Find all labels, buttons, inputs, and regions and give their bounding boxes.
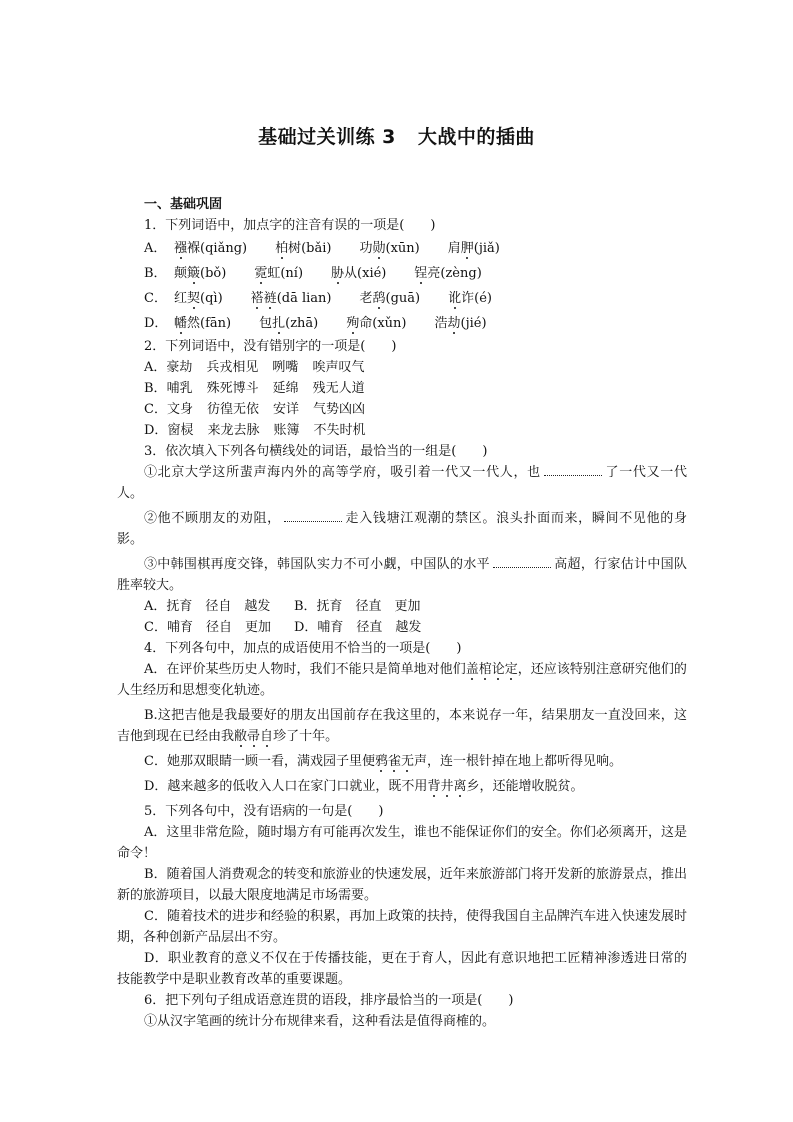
- question-5-option-c: C．随着技术的进步和经验的积累，再加上政策的扶持，使得我国自主品牌汽车进入快速发…: [117, 906, 687, 948]
- pinyin-word: 胁从(xié): [331, 263, 386, 284]
- emphasis-dot-char: 雀: [388, 754, 401, 769]
- question-1-stem: 1．下列词语中，加点字的注音有误的一项是( ): [117, 215, 687, 236]
- pinyin-word: 柏树(bǎi): [275, 238, 331, 259]
- pinyin-word: 老鸹(guā): [359, 288, 420, 309]
- emphasis-dot-char: 鸹: [373, 291, 386, 306]
- word: 窗棂: [167, 420, 193, 441]
- document-body: 一、基础巩固 1．下列词语中，加点字的注音有误的一项是( ) A．襁褓(qiǎn…: [117, 194, 687, 1032]
- question-4-option-b: B.这把吉他是我最要好的朋友出国前存在我这里的，本来说存一年，结果朋友一直没回来…: [117, 705, 687, 747]
- emphasis-dot-char: 盖: [466, 662, 479, 677]
- emphasis-dot-char: 离: [453, 779, 466, 794]
- word: 咧嘴: [272, 357, 298, 378]
- emphasis-dot-char: 勋: [373, 241, 386, 256]
- section-heading: 一、基础巩固: [117, 194, 687, 215]
- question-1-option-c: C．红契(qì)褡裢(dā lian)老鸹(guā)讹诈(é): [117, 286, 687, 311]
- title-part-2: 大战中的插曲: [418, 126, 535, 148]
- emphasis-dot-char: 背: [427, 779, 440, 794]
- pinyin-word: 襁褓(qiǎng): [174, 238, 247, 259]
- question-5-stem: 5．下列各句中，没有语病的一句是( ): [117, 801, 687, 822]
- pinyin-word: 殉命(xǔn): [346, 313, 406, 334]
- word: 来龙去脉: [207, 420, 259, 441]
- option-text: D．越来越多的低收入人口在家门口就业，既不用: [144, 779, 427, 794]
- option-label: B．: [144, 263, 174, 284]
- question-2-options: A．豪劫兵戎相见咧嘴唉声叹气B．哺乳殊死博斗延绵残无人道C．文身彷徨无依安详气势…: [117, 357, 687, 441]
- emphasis-dot-char: 讹: [448, 291, 461, 306]
- emphasis-dot-char: 无: [401, 754, 414, 769]
- dotted-idiom: 背井离: [427, 779, 466, 794]
- page-title: 基础过关训练 3大战中的插曲: [0, 122, 793, 149]
- pinyin-word: 红契(qì): [174, 288, 223, 309]
- emphasis-dot-char: 褡: [251, 291, 264, 306]
- question-3-sentence-3: ③中韩围棋再度交锋，韩国队实力不可小觑，中国队的水平高超，行家估计中国队胜率较大…: [117, 554, 687, 596]
- option-text: C．她那双眼睛一顾一看，满戏园子里便: [144, 754, 375, 769]
- word: 气势凶凶: [313, 399, 365, 420]
- question-2-option-a: A．豪劫兵戎相见咧嘴唉声叹气: [117, 357, 687, 378]
- pinyin-word: 锃亮(zèng): [414, 263, 481, 284]
- emphasis-dot-char: 鸦: [375, 754, 388, 769]
- option-text: 声，连一根针掉在地上都听得见响。: [414, 754, 622, 769]
- emphasis-dot-char: 锃: [414, 266, 427, 281]
- option-text: 珍了十年。: [273, 729, 338, 744]
- emphasis-dot-char: 敝: [234, 729, 247, 744]
- option-d: D．哺育 径直 越发: [294, 617, 444, 638]
- word: 豪劫: [166, 357, 192, 378]
- emphasis-dot-char: 井: [440, 779, 453, 794]
- question-5-option-a: A．这里非常危险，随时塌方有可能再次发生，谁也不能保证你们的安全。你们必须离开，…: [117, 822, 687, 864]
- sentence-text: ①北京大学这所蜚声海内外的高等学府，吸引着一代又一代人，也: [144, 465, 541, 480]
- question-3-sentence-1: ①北京大学这所蜚声海内外的高等学府，吸引着一代又一代人，也了一代又一代人。: [117, 462, 687, 504]
- question-4-option-c: C．她那双眼睛一顾一看，满戏园子里便鸦雀无声，连一根针掉在地上都听得见响。: [117, 751, 687, 772]
- word: 不失时机: [313, 420, 365, 441]
- pinyin-word: 颠簸(bǒ): [174, 263, 226, 284]
- question-1-option-a: A．襁褓(qiǎng)柏树(bǎi)功勋(xūn)肩胛(jiǎ): [117, 236, 687, 261]
- question-2-option-c: C．文身彷徨无依安详气势凶凶: [117, 399, 687, 420]
- question-4-option-a: A．在评价某些历史人物时，我们不能只是简单地对他们盖棺论定，还应该特别注意研究他…: [117, 659, 687, 701]
- question-1-options: A．襁褓(qiǎng)柏树(bǎi)功勋(xūn)肩胛(jiǎ)B．颠簸(bǒ)…: [117, 236, 687, 336]
- question-2-option-d: D．窗棂来龙去脉账簿不失时机: [117, 420, 687, 441]
- emphasis-dot-char: 棺: [479, 662, 492, 677]
- document-page: 基础过关训练 3大战中的插曲 一、基础巩固 1．下列词语中，加点字的注音有误的一…: [0, 0, 793, 1122]
- title-part-1: 基础过关训练 3: [258, 126, 396, 148]
- sentence-text: ③中韩围棋再度交锋，韩国队实力不可小觑，中国队的水平: [144, 557, 490, 572]
- emphasis-dot-char: 裢: [264, 291, 277, 306]
- question-2-option-b: B．哺乳殊死博斗延绵残无人道: [117, 378, 687, 399]
- option-c: C．哺育 径自 更加: [144, 617, 294, 638]
- option-label: A．: [144, 238, 174, 259]
- option-label: D．: [144, 420, 167, 441]
- question-3-stem: 3．依次填入下列各句横线处的词语，最恰当的一组是( ): [117, 441, 687, 462]
- option-label: A．: [144, 357, 166, 378]
- option-text: A．在评价某些历史人物时，我们不能只是简单地对他们: [144, 662, 466, 677]
- emphasis-dot-char: 自: [260, 729, 273, 744]
- pinyin-word: 幡然(fān): [174, 313, 231, 334]
- emphasis-dot-char: 幡: [174, 316, 187, 331]
- emphasis-dot-char: 殉: [346, 316, 359, 331]
- fill-blank: [284, 509, 342, 522]
- question-5-option-b: B．随着国人消费观念的转变和旅游业的快速发展，近年来旅游部门将开发新的旅游景点，…: [117, 864, 687, 906]
- word: 殊死博斗: [207, 378, 259, 399]
- question-4-stem: 4．下列各句中，加点的成语使用不恰当的一项是( ): [117, 638, 687, 659]
- option-label: B．: [144, 378, 167, 399]
- option-label: C．: [144, 288, 174, 309]
- emphasis-dot-char: 定: [505, 662, 518, 677]
- question-2-stem: 2．下列词语中，没有错别字的一项是( ): [117, 336, 687, 357]
- question-5-option-d: D．职业教育的意义不仅在于传播技能，更在于育人，因此有意识地把工匠精神渗透进日常…: [117, 948, 687, 990]
- emphasis-dot-char: 劫: [448, 316, 461, 331]
- question-3-options-row-1: A．抚育 径自 越发 B．抚育 径直 更加: [117, 596, 687, 617]
- dotted-idiom: 敝帚自: [234, 729, 273, 744]
- pinyin-word: 包扎(zhā): [259, 313, 318, 334]
- dotted-idiom: 鸦雀无: [375, 754, 414, 769]
- fill-blank: [493, 555, 551, 568]
- question-1-option-d: D．幡然(fān)包扎(zhā)殉命(xǔn)浩劫(jié): [117, 311, 687, 336]
- option-text: B.这把吉他是我最要好的朋友出国前存在我这里的，本来说存一年，结果朋友一直没回来…: [117, 708, 687, 744]
- word: 兵戎相见: [206, 357, 258, 378]
- option-label: D．: [144, 313, 174, 334]
- emphasis-dot-char: 契: [187, 291, 200, 306]
- emphasis-dot-char: 扎: [272, 316, 285, 331]
- question-3-options-row-2: C．哺育 径自 更加 D．哺育 径直 越发: [117, 617, 687, 638]
- word: 彷徨无依: [207, 399, 259, 420]
- option-label: C．: [144, 399, 167, 420]
- option-text: 乡，还能增收脱贫。: [466, 779, 583, 794]
- option-b: B．抚育 径直 更加: [294, 596, 444, 617]
- pinyin-word: 霓虹(ní): [254, 263, 303, 284]
- question-6-stem: 6．把下列句子组成语意连贯的语段，排序最恰当的一项是( ): [117, 990, 687, 1011]
- emphasis-dot-char: 襁: [174, 241, 187, 256]
- word: 唉声叹气: [312, 357, 364, 378]
- word: 安详: [273, 399, 299, 420]
- question-4-option-d: D．越来越多的低收入人口在家门口就业，既不用背井离乡，还能增收脱贫。: [117, 776, 687, 797]
- word: 文身: [167, 399, 193, 420]
- emphasis-dot-char: 帚: [247, 729, 260, 744]
- word: 哺乳: [167, 378, 193, 399]
- pinyin-word: 讹诈(é): [448, 288, 492, 309]
- question-1-option-b: B．颠簸(bǒ)霓虹(ní)胁从(xié)锃亮(zèng): [117, 261, 687, 286]
- option-a: A．抚育 径自 越发: [144, 596, 294, 617]
- pinyin-word: 浩劫(jié): [435, 313, 487, 334]
- sentence-text: ②他不顾朋友的劝阻，: [144, 511, 281, 526]
- question-6-sentence-1: ①从汉字笔画的统计分布规律来看，这种看法是值得商榷的。: [117, 1011, 687, 1032]
- emphasis-dot-char: 柏: [275, 241, 288, 256]
- fill-blank: [544, 463, 602, 476]
- question-3-sentence-2: ②他不顾朋友的劝阻，走入钱塘江观潮的禁区。浪头扑面而来，瞬间不见他的身影。: [117, 508, 687, 550]
- pinyin-word: 褡裢(dā lian): [251, 288, 332, 309]
- word: 延绵: [273, 378, 299, 399]
- emphasis-dot-char: 簸: [187, 266, 200, 281]
- dotted-idiom: 盖棺论定: [466, 662, 518, 677]
- pinyin-word: 肩胛(jiǎ): [448, 238, 500, 259]
- emphasis-dot-char: 胁: [331, 266, 344, 281]
- word: 残无人道: [313, 378, 365, 399]
- emphasis-dot-char: 霓: [254, 266, 267, 281]
- emphasis-dot-char: 胛: [461, 241, 474, 256]
- emphasis-dot-char: 论: [492, 662, 505, 677]
- pinyin-word: 功勋(xūn): [359, 238, 419, 259]
- word: 账簿: [273, 420, 299, 441]
